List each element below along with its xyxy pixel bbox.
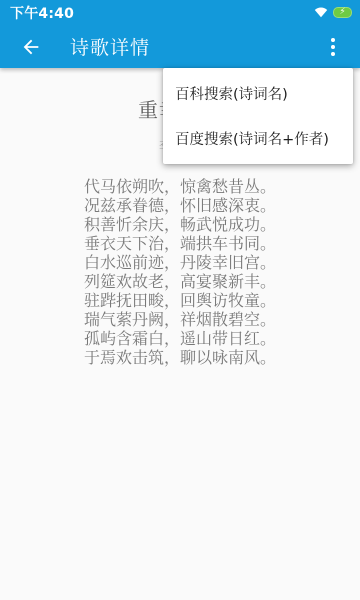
poem-line: 孤屿含霜白，遥山带日红。: [0, 329, 360, 348]
wifi-icon: [314, 7, 328, 18]
poem-line: 列筵欢故老，高宴聚新丰。: [0, 272, 360, 291]
battery-charging-icon: ⚡: [333, 7, 352, 18]
poem-line: 积善忻余庆，畅武悦成功。: [0, 215, 360, 234]
poem-line: 于焉欢击筑，聊以咏南风。: [0, 348, 360, 367]
overflow-popup-menu: 百科搜索(诗词名) 百度搜索(诗词名+作者): [163, 68, 353, 164]
poem-line: 驻跸抚田畯，回舆访牧童。: [0, 291, 360, 310]
poem-line: 况兹承眷德，怀旧感深衷。: [0, 196, 360, 215]
poem-line: 垂衣天下治，端拱车书同。: [0, 234, 360, 253]
menu-item-baidu-search[interactable]: 百度搜索(诗词名+作者): [163, 116, 353, 161]
page-title: 诗歌详情: [70, 33, 150, 60]
poem-body: 代马依朔吹，惊禽愁昔丛。 况兹承眷德，怀旧感深衷。 积善忻余庆，畅武悦成功。 垂…: [0, 177, 360, 367]
screen: 下午4:40 ⚡ 诗歌详情 重幸武功 李世民 代马依朔吹: [0, 0, 360, 600]
arrow-left-icon: [20, 36, 42, 58]
status-time: 下午4:40: [10, 3, 74, 23]
overflow-menu-button[interactable]: [320, 32, 346, 62]
poem-line: 白水巡前迹，丹陵幸旧宫。: [0, 253, 360, 272]
app-bar: 诗歌详情: [0, 25, 360, 68]
back-button[interactable]: [16, 32, 46, 62]
status-icons: ⚡: [314, 7, 352, 18]
poem-line: 瑞气萦丹阙，祥烟散碧空。: [0, 310, 360, 329]
menu-item-baike-search[interactable]: 百科搜索(诗词名): [163, 71, 353, 116]
more-vertical-icon: [331, 38, 335, 42]
poem-line: 代马依朔吹，惊禽愁昔丛。: [0, 177, 360, 196]
battery-bolt-glyph: ⚡: [339, 8, 345, 17]
status-bar: 下午4:40 ⚡: [0, 0, 360, 25]
